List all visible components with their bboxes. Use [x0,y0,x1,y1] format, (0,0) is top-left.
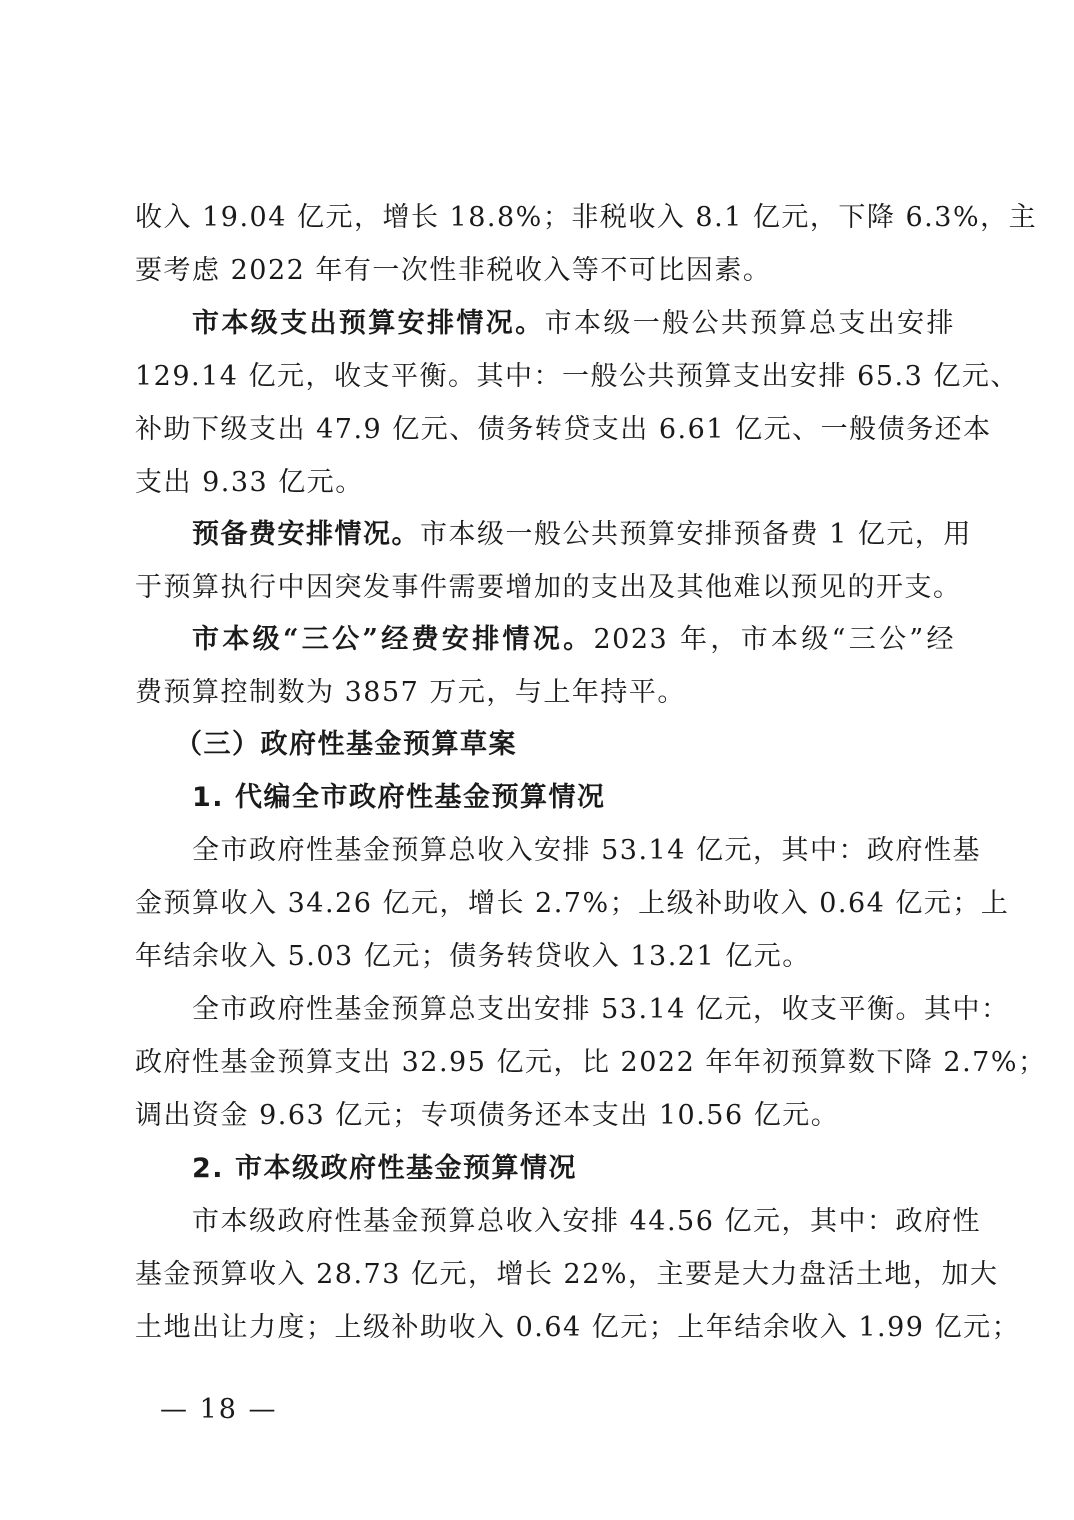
paragraph-line: 全市政府性基金预算总支出安排 53.14 亿元，收支平衡。其中： [192,992,955,1028]
paragraph-line: 于预算执行中因突发事件需要增加的支出及其他难以预见的开支。 [135,570,955,606]
section-heading: （三）政府性基金预算草案 [175,727,995,763]
subheading-city-wide: 1. 代编全市政府性基金预算情况 [192,780,1012,816]
document-page: 收入 19.04 亿元，增长 18.8%；非税收入 8.1 亿元，下降 6.3%… [0,0,1074,1520]
paragraph-lead: 市本级支出预算安排情况。 [192,308,545,339]
paragraph-line: 调出资金 9.63 亿元；专项债务还本支出 10.56 亿元。 [135,1098,955,1134]
paragraph-line: 补助下级支出 47.9 亿元、债务转贷支出 6.61 亿元、一般债务还本 [135,412,955,448]
paragraph-lead: 市本级“三公”经费安排情况。 [192,624,593,655]
paragraph-line: 年结余收入 5.03 亿元；债务转贷收入 13.21 亿元。 [135,939,955,975]
paragraph-line: 土地出让力度；上级补助收入 0.64 亿元；上年结余收入 1.99 亿元； [135,1310,955,1346]
paragraph-line: 市本级政府性基金预算总收入安排 44.56 亿元，其中：政府性 [192,1204,955,1240]
paragraph-line: 基金预算收入 28.73 亿元，增长 22%，主要是大力盘活土地，加大 [135,1257,955,1293]
paragraph-line: 全市政府性基金预算总收入安排 53.14 亿元，其中：政府性基 [192,833,955,869]
paragraph-line: 政府性基金预算支出 32.95 亿元，比 2022 年年初预算数下降 2.7%； [135,1045,955,1081]
paragraph-line: 129.14 亿元，收支平衡。其中：一般公共预算支出安排 65.3 亿元、 [135,359,955,395]
paragraph-text: 市本级一般公共预算安排预备费 1 亿元，用 [420,519,972,550]
subheading-city-level: 2. 市本级政府性基金预算情况 [192,1151,1012,1187]
paragraph-expenditure: 市本级支出预算安排情况。市本级一般公共预算总支出安排 [192,306,955,342]
paragraph-line: 金预算收入 34.26 亿元，增长 2.7%；上级补助收入 0.64 亿元；上 [135,886,955,922]
paragraph-line: 收入 19.04 亿元，增长 18.8%；非税收入 8.1 亿元，下降 6.3%… [135,200,955,236]
paragraph-text: 2023 年，市本级“三公”经 [593,624,955,655]
paragraph-text: 市本级一般公共预算总支出安排 [545,308,955,339]
page-number: — 18 — [160,1392,278,1428]
paragraph-line: 要考虑 2022 年有一次性非税收入等不可比因素。 [135,253,955,289]
paragraph-reserve-fund: 预备费安排情况。市本级一般公共预算安排预备费 1 亿元，用 [192,517,955,553]
paragraph-three-public: 市本级“三公”经费安排情况。2023 年，市本级“三公”经 [192,622,955,658]
paragraph-lead: 预备费安排情况。 [192,519,420,550]
paragraph-line: 费预算控制数为 3857 万元，与上年持平。 [135,675,955,711]
paragraph-line: 支出 9.33 亿元。 [135,465,955,501]
